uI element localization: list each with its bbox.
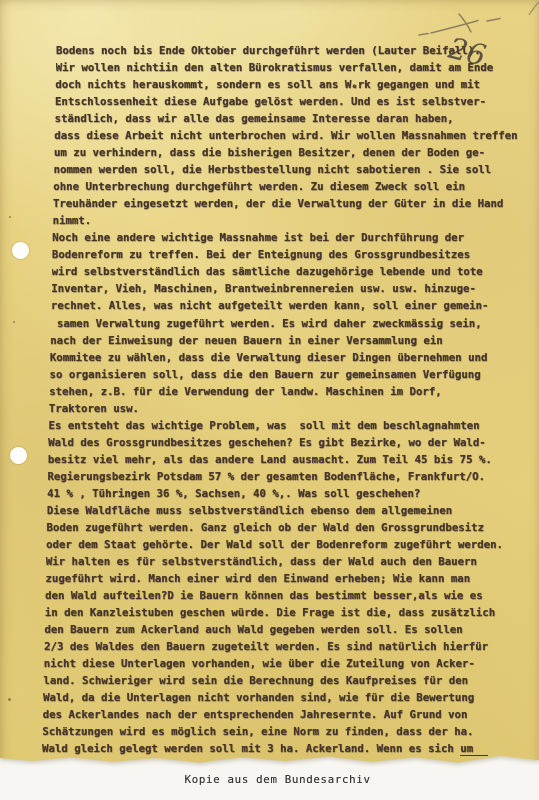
text-line: nach der Einweisung der neuen Bauern in … [50,332,539,349]
text-line: doch nichts herauskommt, sondern es soll… [55,76,539,93]
scanned-document: Bodens noch bis Ende Oktober durchgeführ… [0,0,539,800]
text-line: Regierungsbezirk Potsdam 57 % der gesamt… [48,468,539,485]
text-line: Inventar, Vieh, Maschinen, Brantweinbren… [51,280,539,297]
text-line: den Bauern zum Ackerland auch Wald gegeb… [44,621,539,638]
text-line: Kommitee zu wählen, dass die Verwaltung … [50,349,539,366]
text-line: 41 % , Tühringen 36 %, Sachsen, 40 %,. W… [47,485,539,502]
text-line: Wir halten es für selbstverständlich, da… [46,553,539,570]
text-line: dass diese Arbeit nicht unterbrochen wir… [54,127,539,144]
text-line: land. Schwieriger wird sein die Berechnu… [43,672,539,689]
text-line: Boden zugeführt werden. Ganz gleich ob d… [46,519,539,536]
text-line: ohne Unterbrechung durchgeführt werden. … [53,178,539,195]
text-line: rechnet. Alles, was nicht aufgeteilt wer… [51,297,539,314]
text-line: um zu verhindern, dass die bisherigen Be… [54,144,539,161]
handwritten-annotations: 26 [395,0,539,70]
archive-caption: Kopie aus dem Bundesarchiv [8,773,539,786]
text-line: Wald gleich gelegt werden soll mit 3 ha.… [42,740,539,757]
ink-speck [9,216,11,218]
text-line: Treuhänder eingesetzt werden, der die Ve… [53,195,539,212]
text-line: nicht diese Unterlagen vorhanden, wie üb… [44,655,539,672]
text-line: wird selbstverständlich das sämtliche da… [52,263,539,280]
paper-sheet: Bodens noch bis Ende Oktober durchgeführ… [0,0,539,768]
text-line: Wald des Grossgrundbesitzes geschehen? E… [48,434,539,451]
punch-hole [12,242,29,259]
text-line: Entschlossenheit diese Aufgabe gelöst we… [55,93,539,110]
handwritten-page-number: 26 [444,31,489,73]
text-line: Schätzungen wird es möglich sein, eine N… [42,723,539,740]
text-line: samen Verwaltung zugeführt werden. Es wi… [51,315,539,332]
text-line: Diese Waldfläche muss selbstverständlich… [47,502,539,519]
underlined-word: um [460,742,488,756]
text-line: den Wald aufteilen?D ie Bauern können da… [45,587,539,604]
ink-speck [13,321,15,323]
text-line: besitz viel mehr, als das andere Land au… [48,451,539,468]
corner-pencil-mark [529,2,539,15]
text-line: so organisieren soll, dass die den Bauer… [50,366,539,383]
text-line: zugeführt wird. Manch einer wird den Ein… [45,570,539,587]
text-line: nimmt. [53,212,539,229]
text-line: stehen, z.B. für die Verwendung der land… [49,383,539,400]
text-line: Wald, da die Unterlagen nicht vorhanden … [43,689,539,706]
ink-speck [222,46,224,48]
text-line-segment: Wald gleich gelegt werden soll mit 3 ha.… [42,742,460,755]
text-line: Noch eine andere wichtige Massnahme ist … [52,229,539,246]
text-line: Es entsteht das wichtige Problem, was so… [49,417,539,434]
text-line: nommen werden soll, die Herbstbestellung… [54,161,539,178]
text-line: 2/3 des Waldes den Bauern zugeteilt werd… [44,638,539,655]
text-line: oder dem Staat gehörte. Der Wald soll de… [46,536,539,553]
text-line: Traktoren usw. [49,400,539,417]
text-line: Bodenreform zu treffen. Bei der Enteignu… [52,246,539,263]
paper-wrapper: Bodens noch bis Ende Oktober durchgeführ… [0,0,539,800]
ink-speck [8,698,11,701]
text-line: ständlich, dass wir alle das gemeinsame … [55,110,539,127]
typewritten-text: Bodens noch bis Ende Oktober durchgeführ… [0,42,539,757]
punch-hole [10,447,27,464]
text-line: in den Kanzleistuben geschen würde. Die … [45,604,539,621]
text-line: des Ackerlandes nach der entsprechenden … [43,706,539,723]
